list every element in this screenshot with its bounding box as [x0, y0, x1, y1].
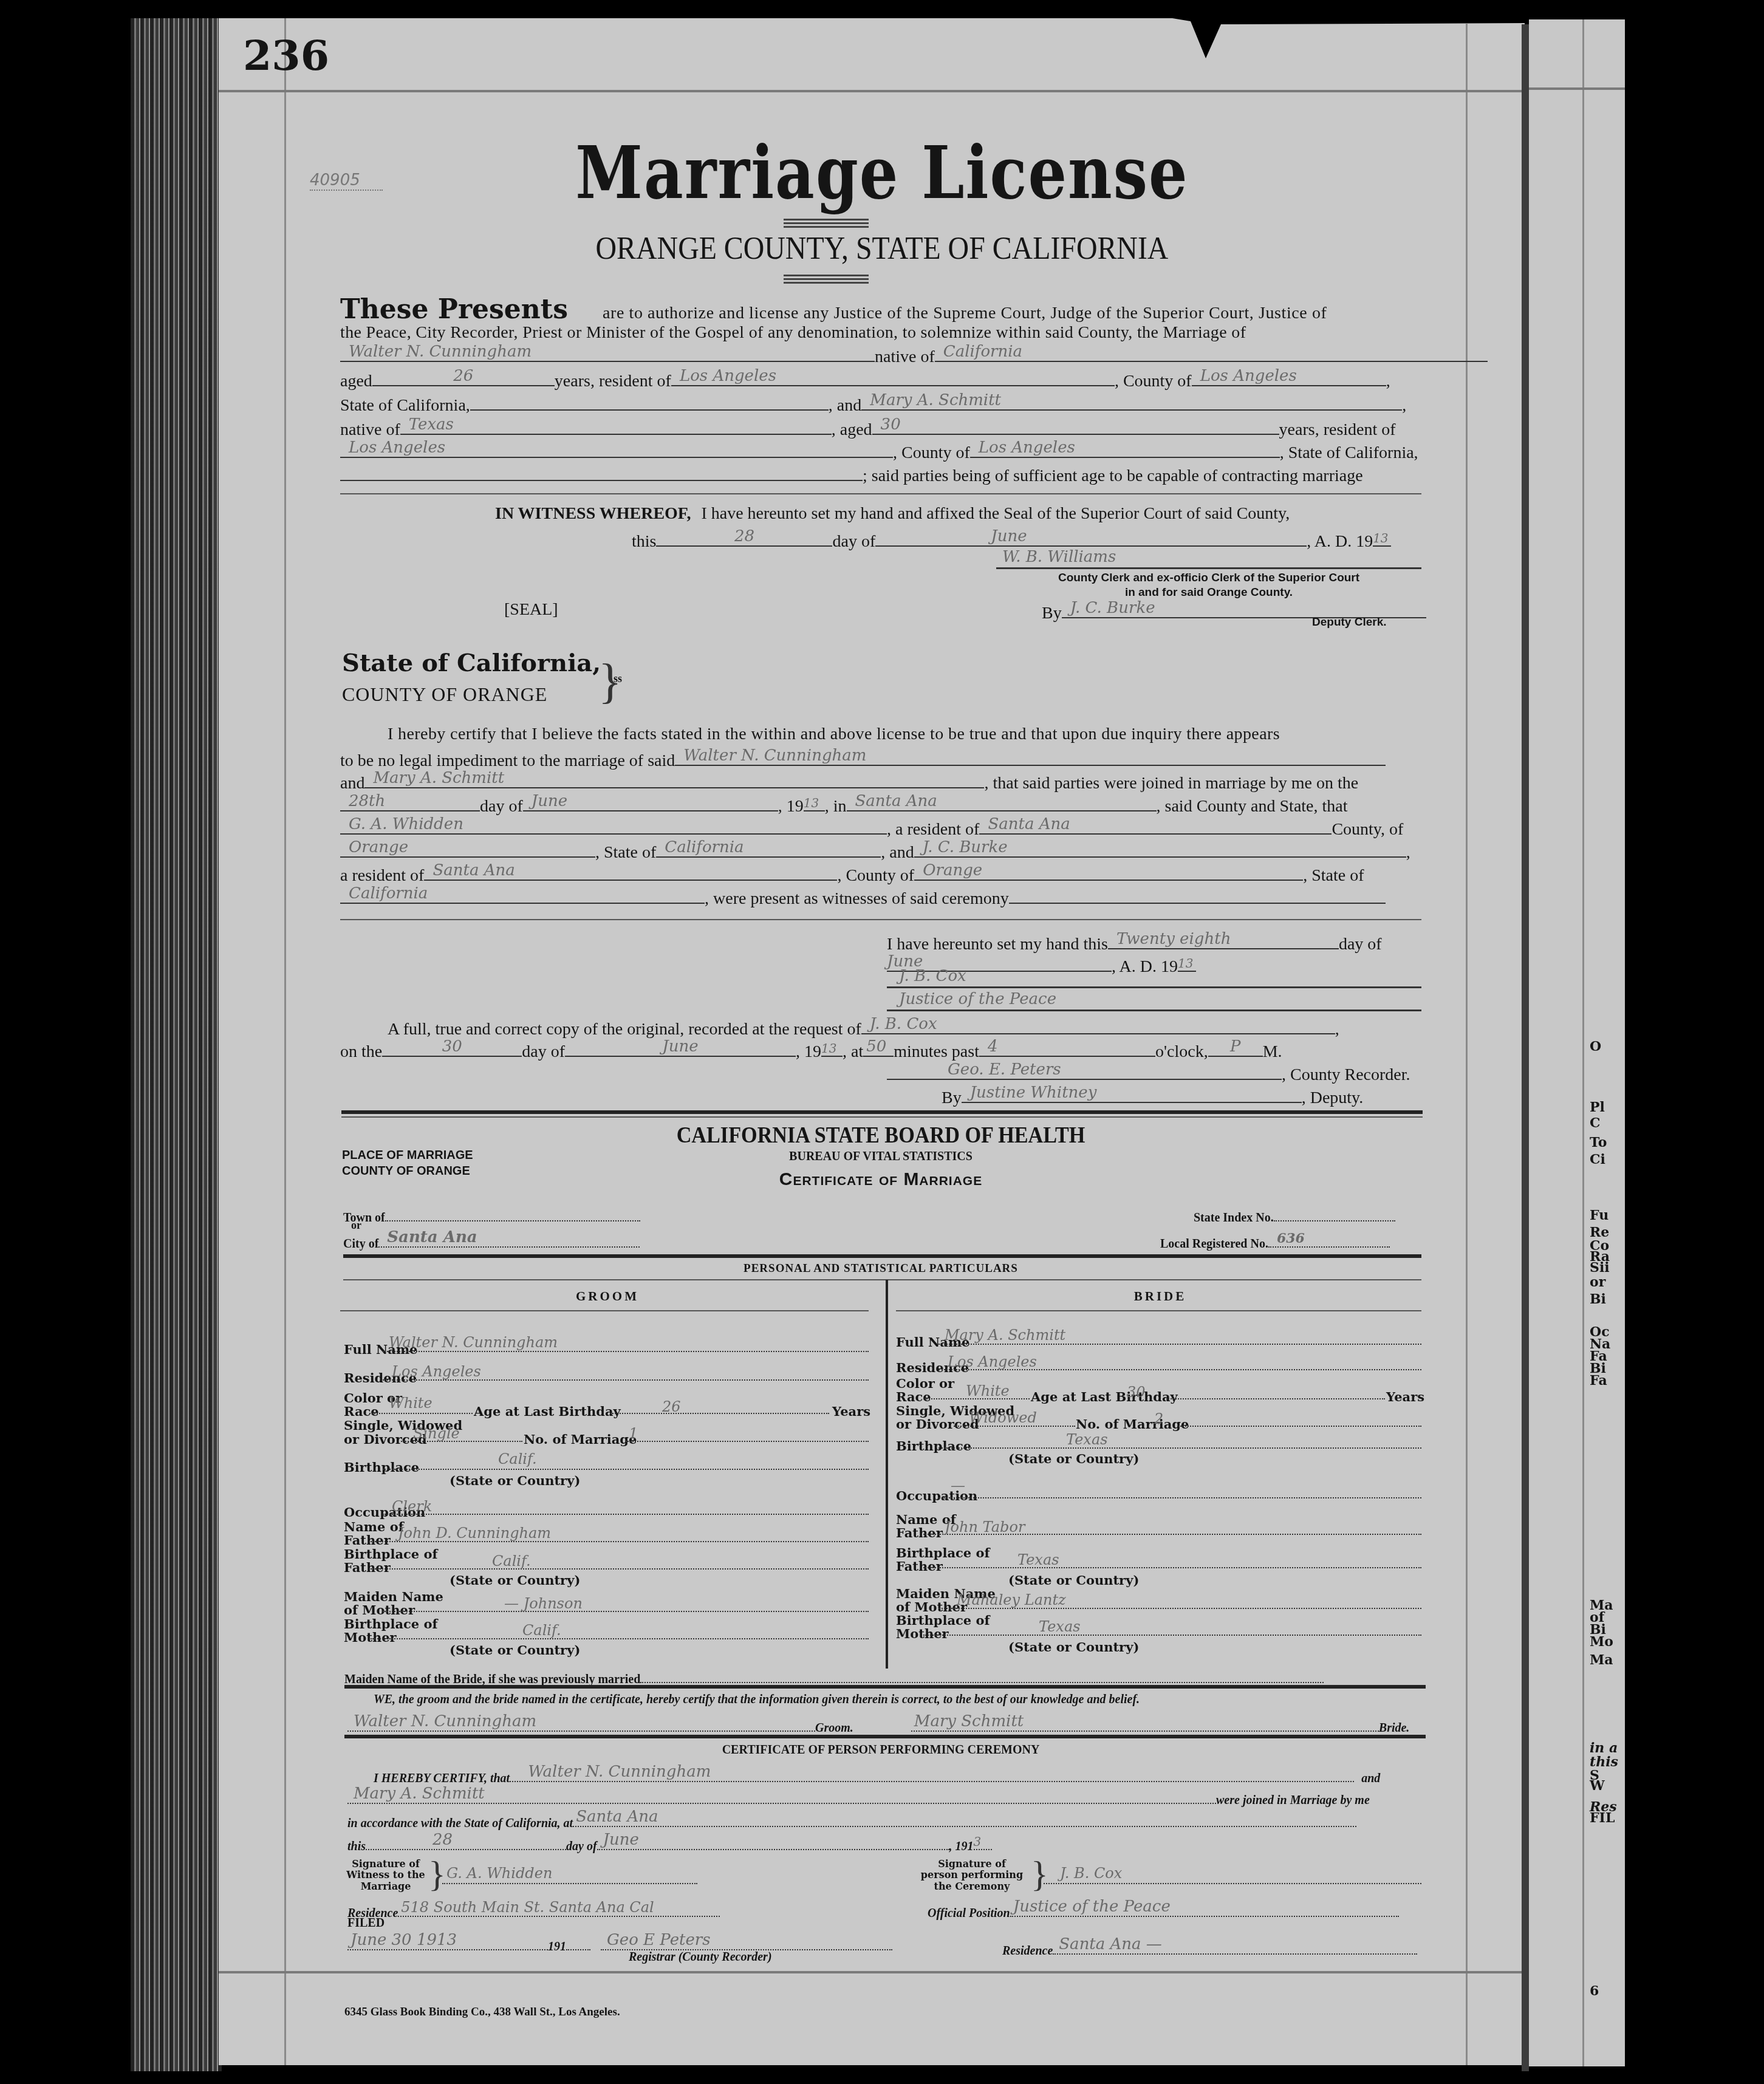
- accordance-line: in accordance with the State of Californ…: [347, 1811, 1356, 1829]
- groom-no-marriage-value: 1: [629, 1425, 638, 1442]
- title-ornament-rule: [784, 219, 869, 228]
- recorder-line: Geo. E. Peters, County Recorder.: [887, 1063, 1410, 1084]
- town-line: Town of: [343, 1206, 640, 1224]
- witness1-name-field[interactable]: G. A. Whidden: [340, 818, 887, 835]
- label: , County of: [837, 866, 914, 885]
- hw-value: Walter N. Cunningham: [683, 748, 866, 764]
- hw-value: G. A. Whidden: [349, 816, 463, 832]
- groom-father-value: John D. Cunningham: [398, 1525, 551, 1542]
- issued-year-field[interactable]: 13: [1373, 530, 1391, 547]
- intro-line-2: the Peace, City Recorder, Priest or Mini…: [340, 324, 1246, 341]
- certify-bride-field[interactable]: Mary A. Schmitt: [347, 1788, 1216, 1804]
- bride-mother-value: Mahaley Lantz: [957, 1591, 1066, 1608]
- hw-value: Justice of the Peace: [1013, 1899, 1171, 1915]
- label: , 191: [949, 1840, 974, 1853]
- right-margin-rule: [1466, 18, 1468, 2065]
- or-label: or: [351, 1220, 361, 1231]
- page-stack-edge: [131, 18, 222, 2071]
- groom-mother-label-1: Maiden Name: [344, 1590, 443, 1604]
- groom-age-value: 26: [662, 1398, 681, 1415]
- groom-race-field[interactable]: [369, 1413, 473, 1414]
- label: By: [1042, 604, 1062, 623]
- rec-year-field[interactable]: 13: [821, 1040, 843, 1057]
- hw-value: 4: [988, 1039, 998, 1054]
- label: o'clock,: [1155, 1042, 1208, 1061]
- officiant-title-field[interactable]: Justice of the Peace: [887, 989, 1421, 1011]
- hw-value: Santa Ana: [855, 793, 937, 809]
- groom-full-name-value: Walter N. Cunningham: [389, 1334, 558, 1351]
- hw-value: 13: [804, 797, 819, 809]
- state-heading: State of California,: [342, 651, 601, 675]
- cert-day-field[interactable]: 28th: [340, 794, 480, 811]
- label: to be no legal impediment to the marriag…: [340, 751, 675, 770]
- adjacent-fragment: Fa: [1590, 1374, 1607, 1388]
- hw-value: Santa Ana: [387, 1229, 477, 1245]
- bride-state-or-country: (State or Country): [1008, 1573, 1139, 1587]
- blank-rule: [340, 493, 1421, 494]
- adjacent-header-rule: [1529, 87, 1625, 90]
- label: and: [340, 774, 364, 793]
- hw-value: Texas: [409, 417, 454, 432]
- groom-residence-value: Los Angeles: [392, 1363, 481, 1380]
- label: Witness to the: [340, 1870, 431, 1881]
- adjacent-fragment: To: [1590, 1136, 1607, 1150]
- clerk-signature-field[interactable]: W. B. Williams: [996, 547, 1421, 569]
- groom-birthplace-field[interactable]: [383, 1469, 869, 1470]
- hw-value: 50: [866, 1039, 886, 1054]
- label: City of: [343, 1237, 378, 1251]
- rec-hour-field[interactable]: 4: [979, 1040, 1155, 1057]
- label: I HEREBY CERTIFY, that: [374, 1772, 510, 1785]
- label: a resident of: [340, 866, 424, 885]
- hw-value: Geo. E. Peters: [948, 1062, 1061, 1078]
- rec-minutes-field[interactable]: 50: [863, 1040, 894, 1057]
- registrar-label: Registrar (County Recorder): [629, 1951, 772, 1963]
- cert-month-field[interactable]: June: [523, 794, 778, 811]
- adjacent-fragment: Pl: [1590, 1101, 1605, 1115]
- label: day of: [522, 1042, 565, 1061]
- label: years, resident of: [555, 372, 671, 391]
- bride-resident-field[interactable]: Los Angeles: [340, 441, 893, 458]
- label: , Deputy.: [1302, 1088, 1364, 1107]
- adjacent-fragment: C: [1590, 1116, 1601, 1130]
- groom-name-field[interactable]: Walter N. Cunningham: [340, 345, 875, 362]
- bride-race-value: White: [966, 1382, 1010, 1399]
- requested-by-field[interactable]: J. B. Cox: [861, 1017, 1335, 1034]
- label: this: [632, 532, 656, 551]
- groom-state-or-country: (State or Country): [450, 1573, 580, 1587]
- label: years, resident of: [1279, 420, 1396, 439]
- bride-race-label-1: Color or: [896, 1376, 954, 1390]
- rec-day-field[interactable]: 30: [382, 1040, 522, 1057]
- bride-heading: BRIDE: [893, 1289, 1427, 1304]
- groom-race-label-2: Race: [344, 1404, 379, 1418]
- hw-value: Walter N. Cunningham: [349, 344, 532, 360]
- groom-father-bp-field[interactable]: [371, 1568, 869, 1570]
- groom-birthplace-value: Calif.: [498, 1450, 537, 1467]
- witness2-state-field[interactable]: California: [340, 887, 705, 904]
- groom-bride-divider: [886, 1280, 888, 1669]
- groom-age-line: aged26years, resident ofLos Angeles, Cou…: [340, 369, 1390, 390]
- hw-value: Los Angeles: [680, 368, 776, 384]
- header-rule: [219, 90, 1525, 92]
- recorder-deputy-line: ByJustine Whitney, Deputy.: [942, 1086, 1363, 1107]
- bride-father-bp-label-2: Father: [896, 1559, 943, 1573]
- hw-value: June: [991, 528, 1027, 544]
- cert-bride-field[interactable]: Mary A. Schmitt: [364, 771, 984, 788]
- groom-native-of-field[interactable]: California: [935, 345, 1488, 362]
- groom-father-bp-label-2: Father: [344, 1560, 391, 1574]
- hw-value: Santa Ana: [576, 1809, 658, 1825]
- local-reg-field[interactable]: 636: [1268, 1232, 1390, 1248]
- rec-meridiem-field[interactable]: P: [1208, 1040, 1263, 1057]
- hw-value: 636: [1277, 1232, 1305, 1245]
- hw-value: Los Angeles: [1200, 368, 1297, 384]
- adjacent-fragment: Mo: [1590, 1635, 1613, 1649]
- label: Residence: [1002, 1944, 1053, 1958]
- label: ; said parties being of sufficient age t…: [863, 466, 1363, 485]
- label: , 19: [796, 1042, 821, 1061]
- bride-status-value: Widowed: [969, 1409, 1037, 1426]
- registrar-signature-field[interactable]: Geo E Peters: [601, 1935, 892, 1950]
- signatures-line: Walter N. CunninghamGroom. Mary SchmittB…: [347, 1716, 1409, 1734]
- city-line: City ofSanta Ana: [343, 1232, 640, 1250]
- groom-heading-rule: [340, 1310, 869, 1311]
- footer-rule: [219, 1971, 1525, 1973]
- groom-father-label-1: Name of: [344, 1520, 404, 1534]
- clerk-title-2: in and for said Orange County.: [996, 586, 1421, 600]
- recorder-signature-field[interactable]: Geo. E. Peters: [887, 1063, 1282, 1080]
- bride-signature-field[interactable]: Mary Schmitt: [911, 1716, 1379, 1732]
- hw-value: Orange: [349, 839, 408, 855]
- cert-para-2: to be no legal impediment to the marriag…: [340, 749, 1386, 770]
- groom-heading: GROOM: [340, 1289, 875, 1304]
- license-subtitle: ORANGE COUNTY, STATE OF CALIFORNIA: [70, 231, 1694, 267]
- intro-text-1: are to authorize and license any Justice…: [603, 304, 1327, 323]
- groom-mother-field[interactable]: [383, 1611, 869, 1612]
- bride-no-marriage-value: 2: [1154, 1410, 1163, 1427]
- issued-month-field[interactable]: June: [875, 530, 1307, 547]
- ceremony-heading: CERTIFICATE OF PERSON PERFORMING CEREMON…: [328, 1743, 1434, 1757]
- groom-mother-bp-value: Calif.: [522, 1622, 561, 1639]
- officiant-signature-field[interactable]: J. B. Cox: [887, 966, 1421, 988]
- groom-no-marriage-field[interactable]: [626, 1441, 869, 1442]
- label: were joined in Marriage by me: [1216, 1794, 1370, 1807]
- blank-field[interactable]: [470, 394, 829, 411]
- local-reg-line: Local Registered No.636: [1160, 1232, 1390, 1250]
- ceremony-day-field[interactable]: 28: [366, 1834, 566, 1850]
- hw-value: Mary A. Schmitt: [354, 1786, 485, 1802]
- witness-whereof-line: IN WITNESS WHEREOF, I have hereunto set …: [495, 505, 1290, 522]
- performer-residence-field[interactable]: Santa Ana —: [1053, 1939, 1417, 1955]
- hw-value: California: [943, 344, 1022, 360]
- groom-age-field[interactable]: 26: [372, 369, 555, 386]
- adjacent-fragment: W: [1590, 1779, 1605, 1793]
- label: , that said parties were joined in marri…: [984, 774, 1358, 793]
- bride-age-field[interactable]: [1166, 1398, 1385, 1399]
- witness-heading: IN WITNESS WHEREOF,: [495, 504, 691, 523]
- particulars-heading: PERSONAL AND STATISTICAL PARTICULARS: [328, 1262, 1434, 1276]
- brace-icon: }: [1031, 1856, 1048, 1892]
- brace-icon: }: [428, 1856, 446, 1892]
- bride-birthplace-value: Texas: [1066, 1431, 1108, 1448]
- label: State Index No.: [1194, 1211, 1274, 1225]
- groom-state-or-country: (State or Country): [450, 1643, 580, 1657]
- hw-value: Los Angeles: [349, 440, 445, 456]
- label: By: [942, 1088, 962, 1107]
- seal-label: [SEAL]: [504, 601, 558, 618]
- hw-value: J. C. Burke: [923, 839, 1008, 855]
- label: day of: [566, 1840, 597, 1853]
- label: , aged: [832, 420, 872, 439]
- witness2-name-field[interactable]: J. C. Burke: [914, 841, 1406, 858]
- state-index-line: State Index No.: [1194, 1206, 1395, 1224]
- official-position-line: Official PositionJustice of the Peace: [928, 1901, 1399, 1919]
- board-heading: CALIFORNIA STATE BOARD OF HEALTH: [383, 1122, 1378, 1149]
- witness1-state-field[interactable]: California: [656, 841, 881, 858]
- recorder-deputy-field[interactable]: Justine Whitney: [962, 1086, 1302, 1103]
- groom-age-field[interactable]: [610, 1413, 829, 1414]
- witness-signature-value: G. A. Whidden: [446, 1865, 552, 1882]
- label: aged: [340, 372, 372, 391]
- state-index-field[interactable]: [1274, 1206, 1395, 1221]
- groom-full-name-field[interactable]: [383, 1351, 869, 1352]
- bride-age-value: 30: [1127, 1384, 1146, 1401]
- witness1-line: G. A. Whidden, a resident ofSanta AnaCou…: [340, 818, 1403, 838]
- bride-age-label: Age at Last Birthday: [1031, 1390, 1178, 1404]
- ceremony-date-line: this28day ofJune, 1913: [347, 1834, 992, 1853]
- bride-occupation-value: —: [951, 1477, 965, 1494]
- label: native of: [875, 347, 935, 366]
- label: , 19: [778, 797, 804, 816]
- hw-value: Los Angeles: [979, 440, 1075, 456]
- performer-signature-field[interactable]: [1044, 1883, 1421, 1884]
- ceremony-year-field[interactable]: 3: [974, 1834, 992, 1850]
- label: Local Registered No.: [1160, 1237, 1268, 1251]
- hw-value: W. B. Williams: [1002, 548, 1116, 566]
- adjacent-fragment: Bi: [1590, 1293, 1606, 1307]
- bride-native-line: native ofTexas, aged30years, resident of: [340, 418, 1396, 439]
- label: , said County and State, that: [1157, 797, 1348, 816]
- rec-month-field[interactable]: June: [565, 1040, 796, 1057]
- cert-groom-field[interactable]: Walter N. Cunningham: [675, 749, 1386, 766]
- section-divider-thin: [341, 1116, 1423, 1118]
- town-field[interactable]: [385, 1206, 640, 1221]
- maiden-name-rule: [344, 1685, 1426, 1689]
- label: County, of: [1332, 820, 1403, 839]
- groom-mother-bp-label-2: Mother: [344, 1630, 397, 1644]
- hw-value: California: [349, 886, 428, 901]
- performer-signature-label: Signature of person performing the Cerem…: [911, 1859, 1033, 1892]
- label: State of California,: [340, 396, 470, 415]
- label: , State of: [595, 843, 656, 862]
- groom-no-marriage-label: No. of Marriage: [524, 1432, 637, 1446]
- witness1-county-field[interactable]: Orange: [340, 841, 595, 858]
- bride-county-field[interactable]: Los Angeles: [970, 441, 1280, 458]
- label: Bride.: [1379, 1721, 1410, 1735]
- filed-year-field[interactable]: [566, 1935, 590, 1950]
- groom-signature-field[interactable]: Walter N. Cunningham: [347, 1716, 815, 1732]
- bride-name-field[interactable]: Mary A. Schmitt: [861, 394, 1402, 411]
- hw-value: California: [665, 839, 744, 855]
- filed-label: FILED: [347, 1917, 385, 1929]
- witness1-state-line: Orange, State ofCalifornia, andJ. C. Bur…: [340, 841, 1410, 861]
- blank-field[interactable]: [340, 464, 863, 481]
- witness-signature-field[interactable]: [442, 1883, 697, 1884]
- bride-state-or-country: (State or Country): [1008, 1452, 1139, 1466]
- cert-para-1: I hereby certify that I believe the fact…: [388, 726, 1280, 743]
- label: , County Recorder.: [1282, 1065, 1410, 1084]
- groom-years-label: Years: [832, 1404, 870, 1418]
- bride-age-field[interactable]: 30: [872, 418, 1279, 435]
- bride-mother-bp-label-1: Birthplace of: [896, 1613, 990, 1627]
- bride-no-marriage-label: No. of Marriage: [1076, 1417, 1189, 1431]
- label: , and: [881, 843, 914, 862]
- bride-full-name-field[interactable]: [938, 1344, 1421, 1345]
- groom-mother-bp-field[interactable]: [371, 1638, 869, 1639]
- bride-no-marriage-field[interactable]: [1178, 1426, 1421, 1427]
- label: Signature of: [340, 1859, 431, 1870]
- hw-value: Orange: [923, 863, 982, 878]
- witness2-line: a resident ofSanta Ana, County ofOrange,…: [340, 864, 1364, 884]
- bride-mother-bp-label-2: Mother: [896, 1627, 949, 1641]
- label: A full, true and correct copy of the ori…: [388, 1020, 861, 1039]
- bride-father-bp-field[interactable]: [923, 1567, 1421, 1568]
- groom-father-label-2: Father: [344, 1533, 391, 1547]
- label: Maiden Name of the Bride, if she was pre…: [344, 1673, 640, 1686]
- bride-name-line: State of California,, andMary A. Schmitt…: [340, 394, 1406, 414]
- hw-value: June: [532, 793, 567, 809]
- bride-father-bp-value: Texas: [1017, 1551, 1059, 1568]
- hw-value: 13: [1373, 532, 1388, 544]
- particulars-top-rule: [343, 1254, 1421, 1258]
- bride-status-label-2: or Divorced: [896, 1417, 979, 1431]
- book-gutter: [1522, 24, 1529, 2071]
- hw-value: 30: [442, 1039, 462, 1054]
- label: , at: [843, 1042, 863, 1061]
- signatures-rule: [344, 1735, 1426, 1738]
- label: this: [347, 1840, 366, 1853]
- bride-mother-bp-field[interactable]: [923, 1635, 1421, 1636]
- witness2-county-field[interactable]: Orange: [914, 864, 1303, 881]
- bride-occupation-label: Occupation: [896, 1489, 977, 1503]
- hw-value: Santa Ana: [988, 816, 1070, 832]
- section-divider: [341, 1110, 1423, 1114]
- deputy-clerk-title: Deputy Clerk.: [1312, 617, 1386, 628]
- bride-birthplace-label: Birthplace: [896, 1439, 971, 1453]
- bride-father-bp-label-1: Birthplace of: [896, 1546, 990, 1560]
- hw-value: June 30 1913: [350, 1932, 457, 1948]
- witness-residence-field[interactable]: 518 South Main St. Santa Ana Cal: [398, 1901, 720, 1917]
- cert-place-field[interactable]: Santa Ana: [847, 794, 1157, 811]
- witness1-city-field[interactable]: Santa Ana: [979, 818, 1332, 835]
- groom-status-value: Single: [413, 1425, 460, 1442]
- label: day of: [832, 532, 875, 551]
- label: Town of: [343, 1211, 385, 1225]
- bride-residence-value: Los Angeles: [948, 1353, 1037, 1370]
- witness-signature-label: Signature of Witness to the Marriage: [340, 1859, 431, 1892]
- bride-occupation-field[interactable]: [938, 1497, 1421, 1498]
- bride-father-value: John Tabor: [945, 1519, 1025, 1536]
- sufficient-age-line: ; said parties being of sufficient age t…: [340, 464, 1363, 485]
- adjacent-margin-rule: [1582, 19, 1584, 2066]
- city-field[interactable]: Santa Ana: [378, 1232, 640, 1248]
- adjacent-page: O Pl C To Ci Fu Re Co Ra Sii or Bi Oc Na…: [1529, 19, 1625, 2066]
- groom-mother-label-2: of Mother: [344, 1603, 415, 1617]
- hw-value: Mary Schmitt: [914, 1713, 1024, 1729]
- hw-value: 3: [974, 1836, 982, 1848]
- witness-residence-line: Residence518 South Main St. Santa Ana Ca…: [347, 1901, 720, 1919]
- hw-value: Twenty eighth: [1116, 931, 1231, 947]
- filed-line: June 30 1913191 Geo E Peters: [347, 1935, 892, 1953]
- label: Marriage: [340, 1881, 431, 1892]
- witnesses-present-line: California, were present as witnesses of…: [340, 887, 1386, 907]
- label: Groom.: [815, 1721, 853, 1735]
- maiden-name-field[interactable]: [640, 1667, 1324, 1683]
- official-position-field[interactable]: Justice of the Peace: [1010, 1901, 1399, 1917]
- groom-resident-field[interactable]: Los Angeles: [671, 369, 1115, 386]
- groom-occupation-field[interactable]: [383, 1514, 869, 1515]
- hw-value: 30: [881, 417, 901, 432]
- bride-father-label-2: Father: [896, 1526, 943, 1540]
- hw-value: Walter N. Cunningham: [354, 1713, 536, 1729]
- filed-date-field[interactable]: June 30 1913: [347, 1935, 548, 1950]
- label: minutes past: [894, 1042, 979, 1061]
- label: in accordance with the State of Californ…: [347, 1817, 573, 1830]
- adjacent-fragment: in a: [1590, 1741, 1618, 1755]
- certify-bride-line: Mary A. Schmittwere joined in Marriage b…: [347, 1788, 1370, 1806]
- groom-father-bp-label-1: Birthplace of: [344, 1547, 438, 1561]
- performer-residence-line: ResidenceSanta Ana —: [1002, 1939, 1417, 1957]
- these-presents-heading: These Presents: [340, 294, 568, 325]
- hw-value: 28: [734, 528, 754, 544]
- cert-year-field[interactable]: 13: [804, 794, 825, 811]
- groom-native-line: Walter N. Cunninghamnative ofCalifornia: [340, 345, 1488, 366]
- label: on the: [340, 1042, 382, 1061]
- blank-rule: [340, 919, 1421, 920]
- bride-birthplace-field[interactable]: [938, 1447, 1421, 1449]
- label: M.: [1263, 1042, 1282, 1061]
- groom-county-field[interactable]: Los Angeles: [1192, 369, 1386, 386]
- adjacent-fragment: FIL: [1590, 1811, 1615, 1825]
- label: , County of: [893, 443, 970, 462]
- subtitle-ornament-rule: [784, 275, 869, 284]
- particulars-bottom-rule: [343, 1279, 1421, 1280]
- label: , State of: [1303, 866, 1364, 885]
- hw-value: Justice of the Peace: [899, 990, 1056, 1008]
- label: I have hereunto set my hand and affixed …: [701, 504, 1290, 523]
- hand-day-field[interactable]: Twenty eighth: [1108, 932, 1339, 949]
- ceremony-place-field[interactable]: Santa Ana: [573, 1811, 1356, 1827]
- certify-groom-field[interactable]: Walter N. Cunningham: [510, 1766, 1354, 1782]
- adjacent-fragment: Fu: [1590, 1209, 1608, 1223]
- witness2-city-field[interactable]: Santa Ana: [424, 864, 837, 881]
- issued-day-field[interactable]: 28: [656, 530, 832, 547]
- clerk-title: County Clerk and ex-officio Clerk of the…: [996, 571, 1421, 600]
- bride-native-of-field[interactable]: Texas: [400, 418, 832, 435]
- bride-state-or-country: (State or Country): [1008, 1640, 1139, 1654]
- adjacent-fragment: O: [1590, 1040, 1601, 1054]
- ceremony-month-field[interactable]: June: [597, 1834, 949, 1850]
- adjacent-fragment: or: [1590, 1276, 1605, 1290]
- label: and: [1361, 1772, 1380, 1785]
- groom-race-value: White: [389, 1395, 432, 1412]
- groom-mother-value: — Johnson: [504, 1595, 583, 1612]
- page-number: 236: [243, 32, 329, 80]
- blank-field[interactable]: [1009, 887, 1386, 904]
- hw-value: Geo E Peters: [607, 1932, 711, 1948]
- performer-signature-value: J. B. Cox: [1060, 1865, 1122, 1882]
